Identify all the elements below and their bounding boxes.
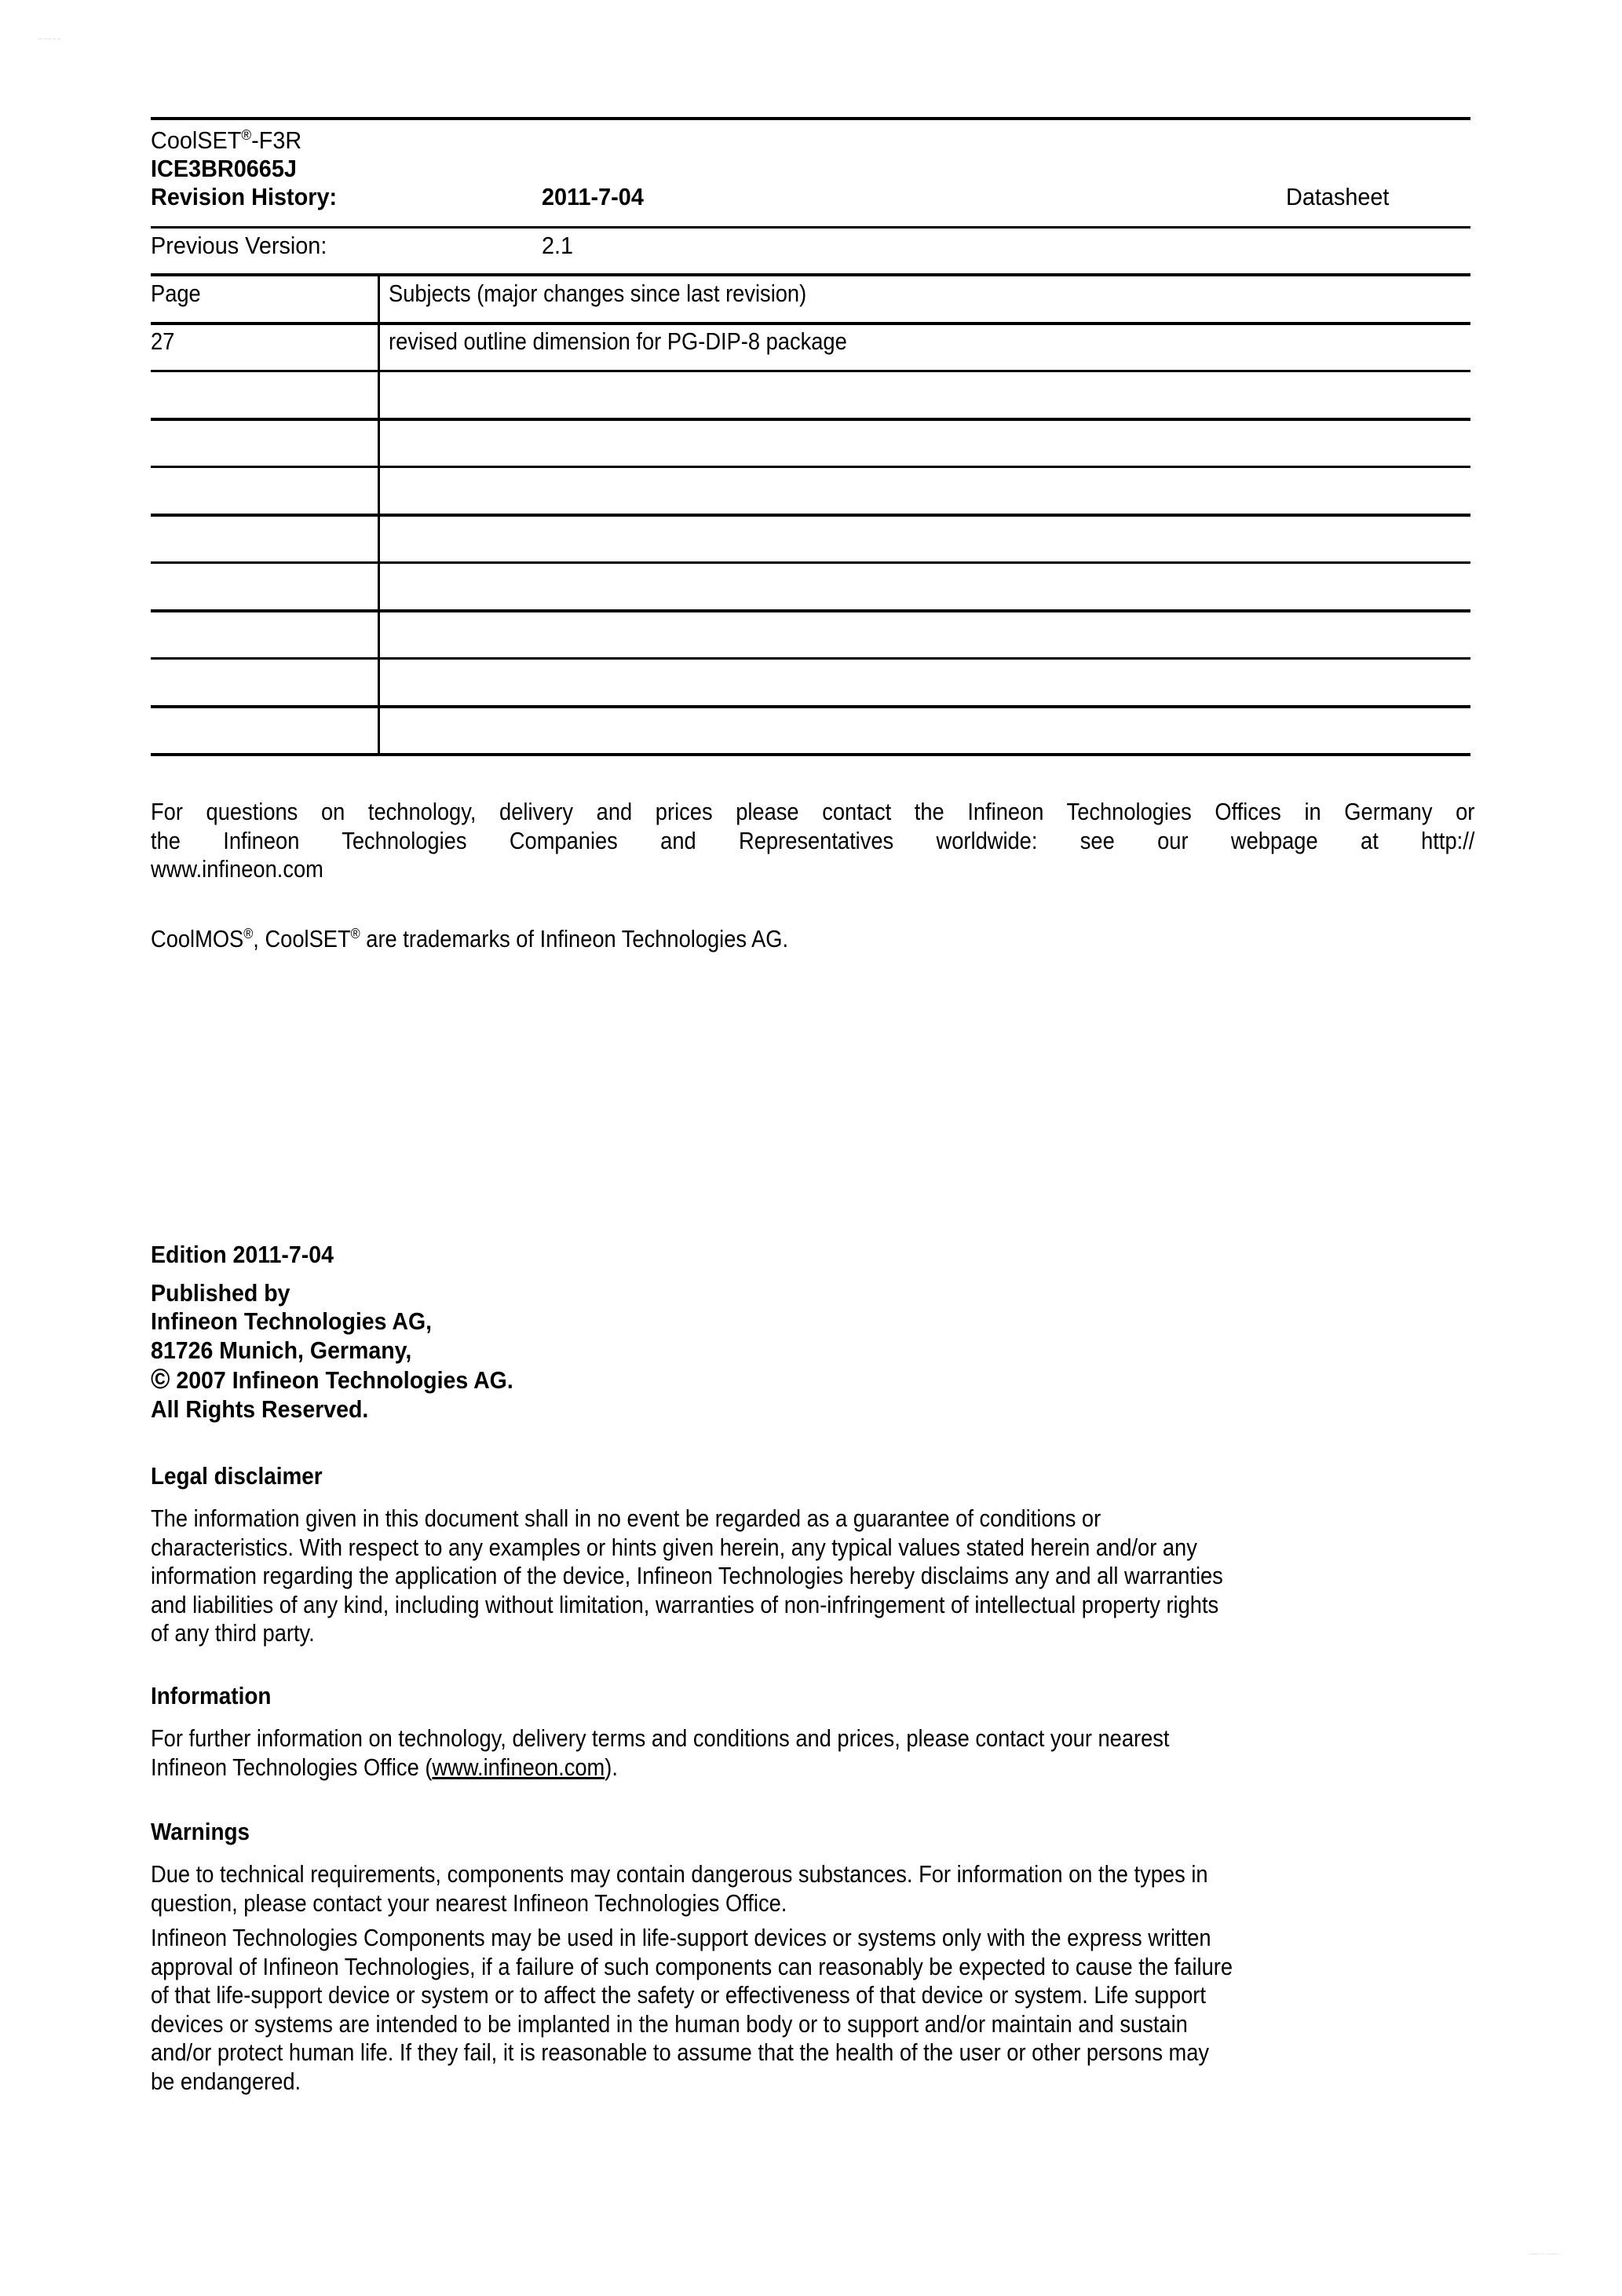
legal-disclaimer-section: Legal disclaimer The information given i… — [151, 1462, 1470, 1648]
imprint: Edition 2011-7-04 Published by Infineon … — [151, 1241, 1470, 1424]
previous-version-value: 2.1 — [542, 232, 573, 260]
text-line: devices or systems are intended to be im… — [151, 2010, 1474, 2039]
doc-type: Datasheet — [1286, 183, 1389, 211]
publisher-address: 81726 Munich, Germany, — [151, 1336, 1365, 1366]
information-heading: Information — [151, 1682, 1339, 1710]
table-rule — [151, 418, 1470, 421]
page-marker-bottom: ------- -- - ------ - — [1529, 2252, 1561, 2257]
copyright: © 2007 Infineon Technologies AG. — [151, 1365, 1365, 1395]
text-line: The information given in this document s… — [151, 1504, 1474, 1534]
infineon-website-link[interactable]: www.infineon.com — [432, 1753, 605, 1781]
information-section: Information For further information on t… — [151, 1682, 1470, 1782]
table-rule — [151, 322, 1470, 325]
copyright-icon: © — [151, 1362, 170, 1395]
warnings-heading: Warnings — [151, 1818, 1339, 1846]
legal-disclaimer-text: The information given in this document s… — [151, 1504, 1470, 1648]
table-rule — [151, 466, 1470, 468]
trademarks-notice: CoolMOS®, CoolSET® are trademarks of Inf… — [151, 925, 1470, 954]
text-line: and/or protect human life. If they fail,… — [151, 2038, 1474, 2067]
publisher-company: Infineon Technologies AG, — [151, 1307, 1365, 1336]
column-header-page: Page — [151, 280, 201, 308]
table-rule — [151, 514, 1470, 517]
table-rule-bottom — [151, 753, 1470, 756]
text-line: of any third party. — [151, 1619, 1474, 1648]
table-rule — [151, 370, 1470, 372]
previous-version-label: Previous Version: — [151, 232, 327, 260]
revision-history-label: Revision History: — [151, 183, 337, 211]
warnings-section: Warnings Due to technical requirements, … — [151, 1818, 1470, 2096]
table-rule — [151, 226, 1470, 229]
table-rule — [151, 705, 1470, 708]
text-line: of that life-support device or system or… — [151, 1981, 1474, 2010]
table-rule — [151, 609, 1470, 612]
rights-reserved: All Rights Reserved. — [151, 1395, 1365, 1424]
warnings-paragraph-1: Due to technical requirements, component… — [151, 1860, 1470, 1918]
table-rule — [151, 561, 1470, 564]
text-line: be endangered. — [151, 2067, 1474, 2097]
revision-date: 2011-7-04 — [542, 183, 644, 211]
table-rule — [151, 657, 1470, 660]
contact-line-1: For questions on technology, delivery an… — [151, 798, 1474, 827]
text-line: information regarding the application of… — [151, 1562, 1474, 1591]
table-rule-top — [151, 117, 1470, 120]
column-header-subjects: Subjects (major changes since last revis… — [389, 280, 806, 308]
edition: Edition 2011-7-04 — [151, 1241, 1365, 1270]
text-line: Infineon Technologies Components may be … — [151, 1924, 1474, 1953]
contact-paragraph: For questions on technology, delivery an… — [151, 798, 1470, 884]
cell-page: 27 — [151, 327, 174, 356]
page-marker-top: --- ----- -- -- — [38, 37, 60, 42]
legal-disclaimer-heading: Legal disclaimer — [151, 1462, 1339, 1490]
product-family: CoolSET®-F3R — [151, 126, 301, 155]
text-line: question, please contact your nearest In… — [151, 1889, 1474, 1918]
text-line: and liabilities of any kind, including w… — [151, 1591, 1474, 1620]
information-line-2: Infineon Technologies Office (www.infine… — [151, 1753, 1474, 1782]
part-number: ICE3BR0665J — [151, 155, 297, 183]
text-line: Due to technical requirements, component… — [151, 1860, 1474, 1889]
trademarks-text: CoolMOS®, CoolSET® are trademarks of Inf… — [151, 925, 1474, 954]
information-line-1: For further information on technology, d… — [151, 1724, 1474, 1753]
contact-line-2: the Infineon Technologies Companies and … — [151, 827, 1474, 856]
contact-url[interactable]: www.infineon.com — [151, 855, 1474, 884]
published-by: Published by — [151, 1279, 1365, 1308]
warnings-paragraph-2: Infineon Technologies Components may be … — [151, 1924, 1470, 2096]
text-line: characteristics. With respect to any exa… — [151, 1534, 1474, 1563]
text-line: approval of Infineon Technologies, if a … — [151, 1953, 1474, 1982]
cell-subject: revised outline dimension for PG-DIP-8 p… — [389, 327, 847, 356]
table-rule — [151, 273, 1470, 276]
